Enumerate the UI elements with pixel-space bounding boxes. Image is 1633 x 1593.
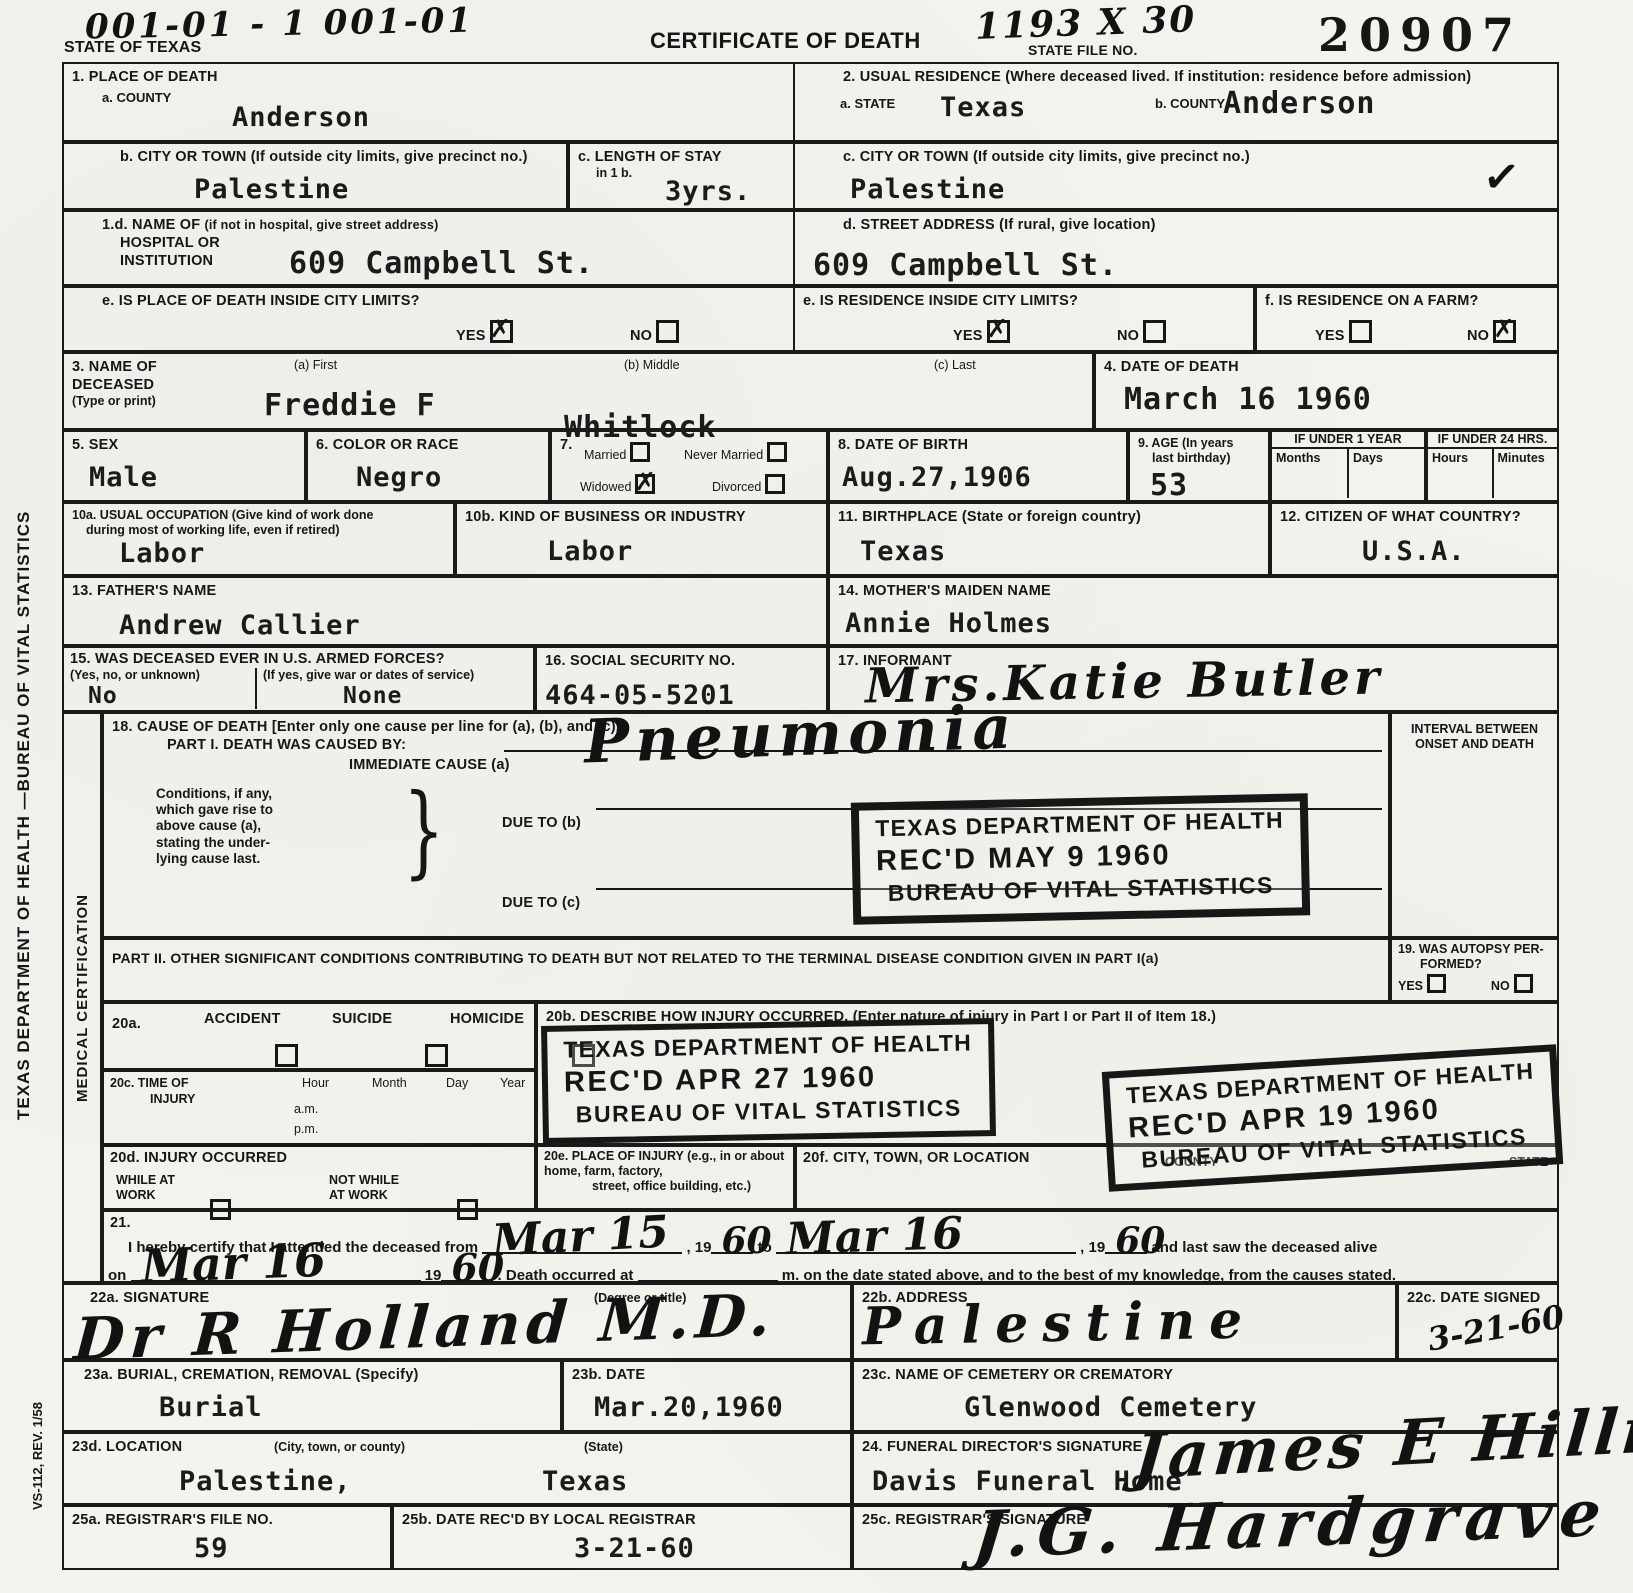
due-to-c-label: DUE TO (c): [502, 894, 580, 912]
date-signed-cell: 22c. DATE SIGNED 3-21-60: [1397, 1283, 1559, 1360]
burial-location-state-value: Texas: [542, 1466, 628, 1497]
hospital-value: 609 Campbell St.: [289, 246, 594, 281]
am-label: a.m.: [294, 1102, 318, 1117]
race-label: 6. COLOR OR RACE: [316, 436, 540, 454]
pod-no-checkbox: [656, 320, 679, 343]
occupation-value: Labor: [119, 538, 205, 569]
autopsy-yes-label: YES: [1398, 979, 1423, 993]
suicide-label: SUICIDE: [332, 1010, 392, 1028]
married-label: Married: [584, 448, 626, 462]
date-of-birth-value: Aug.27,1906: [842, 462, 1032, 493]
last-name-label: (c) Last: [934, 358, 976, 373]
middle-name-label: (b) Middle: [624, 358, 680, 373]
hour-label: Hour: [302, 1076, 329, 1091]
not-while-at-work-label-2: AT WORK: [329, 1188, 388, 1202]
to-year-blank: 60: [1105, 1236, 1147, 1254]
months-label: Months: [1272, 449, 1347, 498]
race-cell: 6. COLOR OR RACE Negro: [306, 430, 550, 502]
conditions-note-2: which gave rise to: [156, 802, 273, 818]
occupation-cell: 10a. USUAL OCCUPATION (Give kind of work…: [62, 502, 455, 576]
brace-icon: }: [403, 772, 444, 889]
name-label-2: DECEASED: [72, 376, 1084, 394]
certify-19-3: 19: [425, 1267, 442, 1284]
street-address-value: 609 Campbell St.: [813, 248, 1118, 283]
burial-date-value: Mar.20,1960: [594, 1392, 784, 1423]
place-of-death-cell: 1. PLACE OF DEATH a. COUNTY Anderson: [62, 62, 795, 142]
never-married-checkbox: [767, 442, 787, 462]
burial-location-city-value: Palestine,: [179, 1466, 352, 1497]
interval-label-1: INTERVAL BETWEEN: [1400, 722, 1549, 737]
immediate-cause-value: Pneumonia: [583, 692, 1019, 777]
accident-suicide-homicide-cell: 20a. ACCIDENT SUICIDE HOMICIDE: [102, 1002, 536, 1070]
farm-yes-checkbox: [1349, 320, 1372, 343]
conditions-note-1: Conditions, if any,: [156, 786, 273, 802]
usual-residence-label: 2. USUAL RESIDENCE (Where deceased lived…: [843, 68, 1549, 86]
certify-text-4: m. on the date stated above, and to the …: [782, 1267, 1396, 1284]
length-of-stay-cell: c. LENGTH OF STAY in 1 b. 3yrs.: [568, 142, 795, 210]
medical-certification-strip: MEDICAL CERTIFICATION: [62, 712, 102, 1283]
place-of-death-county-value: Anderson: [232, 102, 370, 133]
pod-yes-label: YES: [456, 328, 486, 344]
pod-inside-city-label: e. IS PLACE OF DEATH INSIDE CITY LIMITS?: [102, 292, 785, 310]
hospital-label: 1.d. NAME OF: [102, 217, 200, 233]
first-name-value: Freddie F: [264, 388, 436, 423]
citizen-label: 12. CITIZEN OF WHAT COUNTRY?: [1280, 508, 1549, 526]
residence-county-label: b. COUNTY: [1155, 96, 1225, 112]
farm-no-check-mark: ✗: [1493, 313, 1514, 344]
mother-name-label: 14. MOTHER'S MAIDEN NAME: [838, 582, 1549, 600]
armed-forces-sub2: (If yes, give war or dates of service): [263, 668, 527, 683]
birthplace-value: Texas: [860, 536, 946, 567]
conditions-note-3: above cause (a),: [156, 818, 273, 834]
date-of-birth-label: 8. DATE OF BIRTH: [838, 436, 1118, 454]
if-under-24-hrs-cell: IF UNDER 24 HRS. Hours Minutes: [1426, 430, 1559, 502]
age-label-1: 9. AGE (In years: [1138, 436, 1260, 451]
race-value: Negro: [356, 462, 442, 493]
burial-location-label: 23d. LOCATION: [72, 1439, 182, 1455]
farm-no-checkbox: ✗: [1493, 320, 1516, 343]
certify-on: on: [108, 1267, 126, 1284]
place-of-death-label: 1. PLACE OF DEATH: [72, 68, 785, 86]
name-of-deceased-cell: 3. NAME OF DECEASED (Type or print) (a) …: [62, 352, 1094, 430]
mother-name-cell: 14. MOTHER'S MAIDEN NAME Annie Holmes: [828, 576, 1559, 646]
date-received-cell: 25b. DATE REC'D BY LOCAL REGISTRAR 3-21-…: [392, 1505, 852, 1570]
conditions-note-5: lying cause last.: [156, 851, 273, 867]
stamp-may-line3: BUREAU OF VITAL STATISTICS: [876, 872, 1285, 908]
physician-address-cell: 22b. ADDRESS Palestine: [852, 1283, 1397, 1360]
armed-forces-sub1: (Yes, no, or unknown): [70, 668, 255, 683]
interval-label-2: ONSET AND DEATH: [1400, 737, 1549, 752]
first-name-label: (a) First: [294, 358, 337, 373]
physician-signature-cell: 22a. SIGNATURE (Degree or title) Dr R Ho…: [62, 1283, 852, 1360]
father-name-label: 13. FATHER'S NAME: [72, 582, 818, 600]
birthplace-label: 11. BIRTHPLACE (State or foreign country…: [838, 508, 1260, 526]
father-name-value: Andrew Callier: [119, 610, 361, 641]
pod-no-label: NO: [630, 328, 652, 344]
business-label: 10b. KIND OF BUSINESS OR INDUSTRY: [465, 508, 818, 526]
day-label: Day: [446, 1076, 468, 1091]
minutes-label: Minutes: [1492, 449, 1558, 498]
bureau-vertical-label: TEXAS DEPARTMENT OF HEALTH —BUREAU OF VI…: [14, 160, 34, 1120]
residence-state-label: a. STATE: [840, 96, 895, 112]
to-year-value: 60: [1115, 1220, 1165, 1262]
under-24-hrs-label: IF UNDER 24 HRS.: [1428, 432, 1557, 449]
certificate-number: 20907: [1318, 8, 1523, 62]
death-hour-blank: [638, 1264, 778, 1282]
not-while-at-work-label-1: NOT WHILE: [329, 1173, 399, 1187]
father-name-cell: 13. FATHER'S NAME Andrew Callier: [62, 576, 828, 646]
usual-residence-cell: 2. USUAL RESIDENCE (Where deceased lived…: [793, 62, 1559, 142]
sex-value: Male: [89, 462, 158, 493]
attended-from-value: Mar 15: [491, 1206, 670, 1266]
time-of-injury-cell: 20c. TIME OF INJURY Hour a.m. p.m. Month…: [102, 1070, 536, 1145]
length-of-stay-label: c. LENGTH OF STAY: [578, 148, 785, 166]
part2-label: PART II. OTHER SIGNIFICANT CONDITIONS CO…: [112, 950, 1380, 968]
divorced-label: Divorced: [712, 480, 761, 494]
place-of-injury-label-1: 20e. PLACE OF INJURY (e.g., in or about …: [544, 1149, 787, 1179]
business-value: Labor: [547, 536, 633, 567]
date-of-death-cell: 4. DATE OF DEATH March 16 1960: [1094, 352, 1559, 430]
hours-label: Hours: [1428, 449, 1492, 498]
accident-cell-number: 20a.: [112, 1015, 141, 1033]
stamp-may-line1: TEXAS DEPARTMENT OF HEALTH: [875, 807, 1284, 843]
autopsy-cell: 19. WAS AUTOPSY PER- FORMED? YES NO: [1390, 938, 1559, 1002]
autopsy-no-checkbox: [1514, 974, 1533, 993]
res-yes-checkbox: ✗: [987, 320, 1010, 343]
residence-farm-label: f. IS RESIDENCE ON A FARM?: [1265, 292, 1549, 310]
citizen-value: U.S.A.: [1362, 536, 1466, 567]
residence-county-value: Anderson: [1223, 86, 1376, 121]
month-label: Month: [372, 1076, 407, 1091]
res-no-checkbox: [1143, 320, 1166, 343]
received-stamp-apr27: TEXAS DEPARTMENT OF HEALTH REC'D APR 27 …: [541, 1018, 996, 1144]
autopsy-label-1: 19. WAS AUTOPSY PER-: [1398, 942, 1551, 957]
res-yes-check-mark: ✗: [987, 313, 1008, 344]
pm-label: p.m.: [294, 1122, 318, 1137]
cemetery-label: 23c. NAME OF CEMETERY OR CREMATORY: [862, 1366, 1549, 1384]
last-seen-blank: Mar 16: [131, 1264, 421, 1282]
pod-city-cell: b. CITY OR TOWN (If outside city limits,…: [62, 142, 568, 210]
sex-cell: 5. SEX Male: [62, 430, 306, 502]
certification-cell: 21. I hereby certify that I attended the…: [102, 1210, 1559, 1283]
pod-yes-checkbox: ✗: [490, 320, 513, 343]
attended-from-blank: Mar 15: [482, 1236, 682, 1254]
occupation-label-1: 10a. USUAL OCCUPATION (Give kind of work…: [72, 508, 445, 523]
citizen-cell: 12. CITIZEN OF WHAT COUNTRY? U.S.A.: [1270, 502, 1559, 576]
injury-city-town-label: 20f. CITY, TOWN, OR LOCATION: [803, 1150, 1030, 1166]
year-label: Year: [500, 1076, 525, 1091]
street-address-cell: d. STREET ADDRESS (If rural, give locati…: [793, 210, 1559, 286]
injury-occurred-cell: 20d. INJURY OCCURRED WHILE ATWORK NOT WH…: [102, 1145, 536, 1210]
pod-yes-check-mark: ✗: [490, 313, 511, 344]
stamp-apr27-line2: REC'D APR 27 1960: [564, 1059, 973, 1099]
stamp-apr27-line1: TEXAS DEPARTMENT OF HEALTH: [563, 1029, 972, 1063]
pod-city-label: b. CITY OR TOWN (If outside city limits,…: [120, 148, 558, 166]
registrar-signature-cell: 25c. REGISTRAR'S SIGNATURE J.G. Hardgrav…: [852, 1505, 1559, 1570]
ssn-label: 16. SOCIAL SECURITY NO.: [545, 652, 818, 670]
birthplace-cell: 11. BIRTHPLACE (State or foreign country…: [828, 502, 1270, 576]
date-of-death-value: March 16 1960: [1124, 382, 1372, 417]
conditions-note-4: stating the under-: [156, 835, 273, 851]
farm-yes-label: YES: [1315, 328, 1345, 344]
street-address-label: d. STREET ADDRESS (If rural, give locati…: [843, 216, 1549, 234]
armed-forces-cell: 15. WAS DECEASED EVER IN U.S. ARMED FORC…: [62, 646, 535, 712]
registrar-file-no-label: 25a. REGISTRAR'S FILE NO.: [72, 1511, 382, 1529]
form-revision-label: VS-112, REV. 1/58: [30, 1280, 45, 1510]
certify-death-occurred: . Death occurred at: [498, 1267, 634, 1284]
death-certificate-scan: 001-01 - 1 001-01 STATE OF TEXAS CERTIFI…: [0, 0, 1633, 1593]
never-married-label: Never Married: [684, 448, 763, 462]
widowed-check-mark: ✗: [635, 467, 656, 497]
while-at-work-label-1: WHILE AT: [116, 1173, 175, 1187]
last-name-value: Whitlock: [564, 410, 717, 445]
date-of-death-label: 4. DATE OF DEATH: [1104, 358, 1549, 376]
residence-farm-cell: f. IS RESIDENCE ON A FARM? YES NO ✗: [1255, 286, 1559, 352]
place-of-injury-cell: 20e. PLACE OF INJURY (e.g., in or about …: [536, 1145, 795, 1210]
farm-no-label: NO: [1467, 328, 1489, 344]
res-no-label: NO: [1117, 328, 1139, 344]
registrar-file-no-value: 59: [194, 1533, 229, 1564]
widowed-label: Widowed: [580, 480, 631, 494]
attended-to-blank: Mar 16: [776, 1236, 1076, 1254]
last-seen-year-blank: 60: [441, 1264, 493, 1282]
interval-cell: INTERVAL BETWEEN ONSET AND DEATH: [1390, 712, 1559, 938]
checkmark-icon: ✓: [1480, 150, 1522, 205]
place-of-injury-label-2: street, office building, etc.): [592, 1179, 787, 1194]
divorced-checkbox: [765, 474, 785, 494]
date-of-birth-cell: 8. DATE OF BIRTH Aug.27,1906: [828, 430, 1128, 502]
mother-name-value: Annie Holmes: [845, 608, 1052, 639]
burial-location-cell: 23d. LOCATION (City, town, or county) (S…: [62, 1432, 852, 1505]
occupation-label-2: during most of working life, even if ret…: [86, 523, 445, 538]
medical-certification-label: MEDICAL CERTIFICATION: [74, 894, 91, 1102]
armed-forces-service-value: None: [343, 683, 527, 709]
attended-to-value: Mar 16: [785, 1208, 964, 1265]
part2-cell: PART II. OTHER SIGNIFICANT CONDITIONS CO…: [102, 938, 1390, 1002]
suicide-checkbox: [425, 1044, 448, 1067]
accident-checkbox: [275, 1044, 298, 1067]
married-checkbox: [630, 442, 650, 462]
residence-city-value: Palestine: [850, 174, 1005, 205]
homicide-label: HOMICIDE: [450, 1010, 524, 1028]
county-label: a. COUNTY: [102, 90, 171, 106]
residence-city-label: c. CITY OR TOWN (If outside city limits,…: [843, 148, 1549, 166]
residence-inside-city-cell: e. IS RESIDENCE INSIDE CITY LIMITS? YES …: [793, 286, 1255, 352]
time-of-injury-label-2: INJURY: [150, 1092, 195, 1107]
age-label-2: last birthday): [1152, 451, 1260, 466]
stamp-apr27-line3: BUREAU OF VITAL STATISTICS: [564, 1094, 973, 1128]
certify-19-1: , 19: [686, 1239, 711, 1256]
physician-address-value: Palestine: [861, 1290, 1256, 1358]
time-of-injury-label-1: 20c. TIME OF: [110, 1076, 189, 1091]
armed-forces-value: No: [88, 683, 255, 709]
registrar-file-no-cell: 25a. REGISTRAR'S FILE NO. 59: [62, 1505, 392, 1570]
pod-inside-city-cell: e. IS PLACE OF DEATH INSIDE CITY LIMITS?…: [62, 286, 795, 352]
residence-state-value: Texas: [940, 92, 1026, 123]
autopsy-no-label: NO: [1491, 979, 1510, 993]
sex-label: 5. SEX: [72, 436, 296, 454]
due-to-b-label: DUE TO (b): [502, 814, 581, 832]
while-at-work-label-2: WORK: [116, 1188, 156, 1202]
age-value: 53: [1150, 468, 1188, 503]
burial-location-sub2: (State): [584, 1440, 623, 1455]
days-label: Days: [1347, 449, 1424, 498]
accident-label: ACCIDENT: [204, 1010, 281, 1028]
name-label-1: 3. NAME OF: [72, 358, 1084, 376]
from-year-blank: 60: [711, 1236, 753, 1254]
hospital-paren-label: (if not in hospital, give street address…: [205, 218, 439, 232]
armed-forces-label: 15. WAS DECEASED EVER IN U.S. ARMED FORC…: [70, 650, 527, 668]
burial-date-cell: 23b. DATE Mar.20,1960: [562, 1360, 852, 1432]
certify-19-2: , 19: [1080, 1239, 1105, 1256]
age-cell: 9. AGE (In years last birthday) 53: [1128, 430, 1270, 502]
res-yes-label: YES: [953, 328, 983, 344]
received-stamp-may: TEXAS DEPARTMENT OF HEALTH REC'D MAY 9 1…: [851, 793, 1310, 925]
residence-city-cell: c. CITY OR TOWN (If outside city limits,…: [793, 142, 1559, 210]
certify-text-2: and last saw the deceased alive: [1151, 1239, 1377, 1256]
autopsy-yes-checkbox: [1427, 974, 1446, 993]
date-received-value: 3-21-60: [574, 1533, 695, 1564]
burial-date-label: 23b. DATE: [572, 1366, 842, 1384]
autopsy-label-2: FORMED?: [1420, 957, 1551, 972]
state-of-texas-label: STATE OF TEXAS: [64, 38, 201, 58]
burial-value: Burial: [159, 1392, 263, 1423]
burial-location-sub1: (City, town, or county): [274, 1440, 405, 1455]
injury-occurred-label: 20d. INJURY OCCURRED: [110, 1149, 528, 1167]
from-year-value: 60: [721, 1220, 771, 1262]
business-cell: 10b. KIND OF BUSINESS OR INDUSTRY Labor: [455, 502, 828, 576]
if-under-1-year-cell: IF UNDER 1 YEAR Months Days: [1270, 430, 1426, 502]
widowed-checkbox: ✗: [635, 474, 655, 494]
state-file-no-label: STATE FILE NO.: [1028, 42, 1138, 60]
pod-city-value: Palestine: [194, 174, 349, 205]
under-1-year-label: IF UNDER 1 YEAR: [1272, 432, 1424, 449]
residence-inside-city-label: e. IS RESIDENCE INSIDE CITY LIMITS?: [803, 292, 1245, 310]
date-received-label: 25b. DATE REC'D BY LOCAL REGISTRAR: [402, 1511, 842, 1529]
handwritten-state-file-number: 1193 X 30: [974, 0, 1197, 48]
length-of-stay-value: 3yrs.: [665, 176, 751, 207]
name-label-3: (Type or print): [72, 394, 1084, 409]
page-title: CERTIFICATE OF DEATH: [650, 28, 921, 54]
hospital-cell: 1.d. NAME OF (if not in hospital, give s…: [62, 210, 795, 286]
